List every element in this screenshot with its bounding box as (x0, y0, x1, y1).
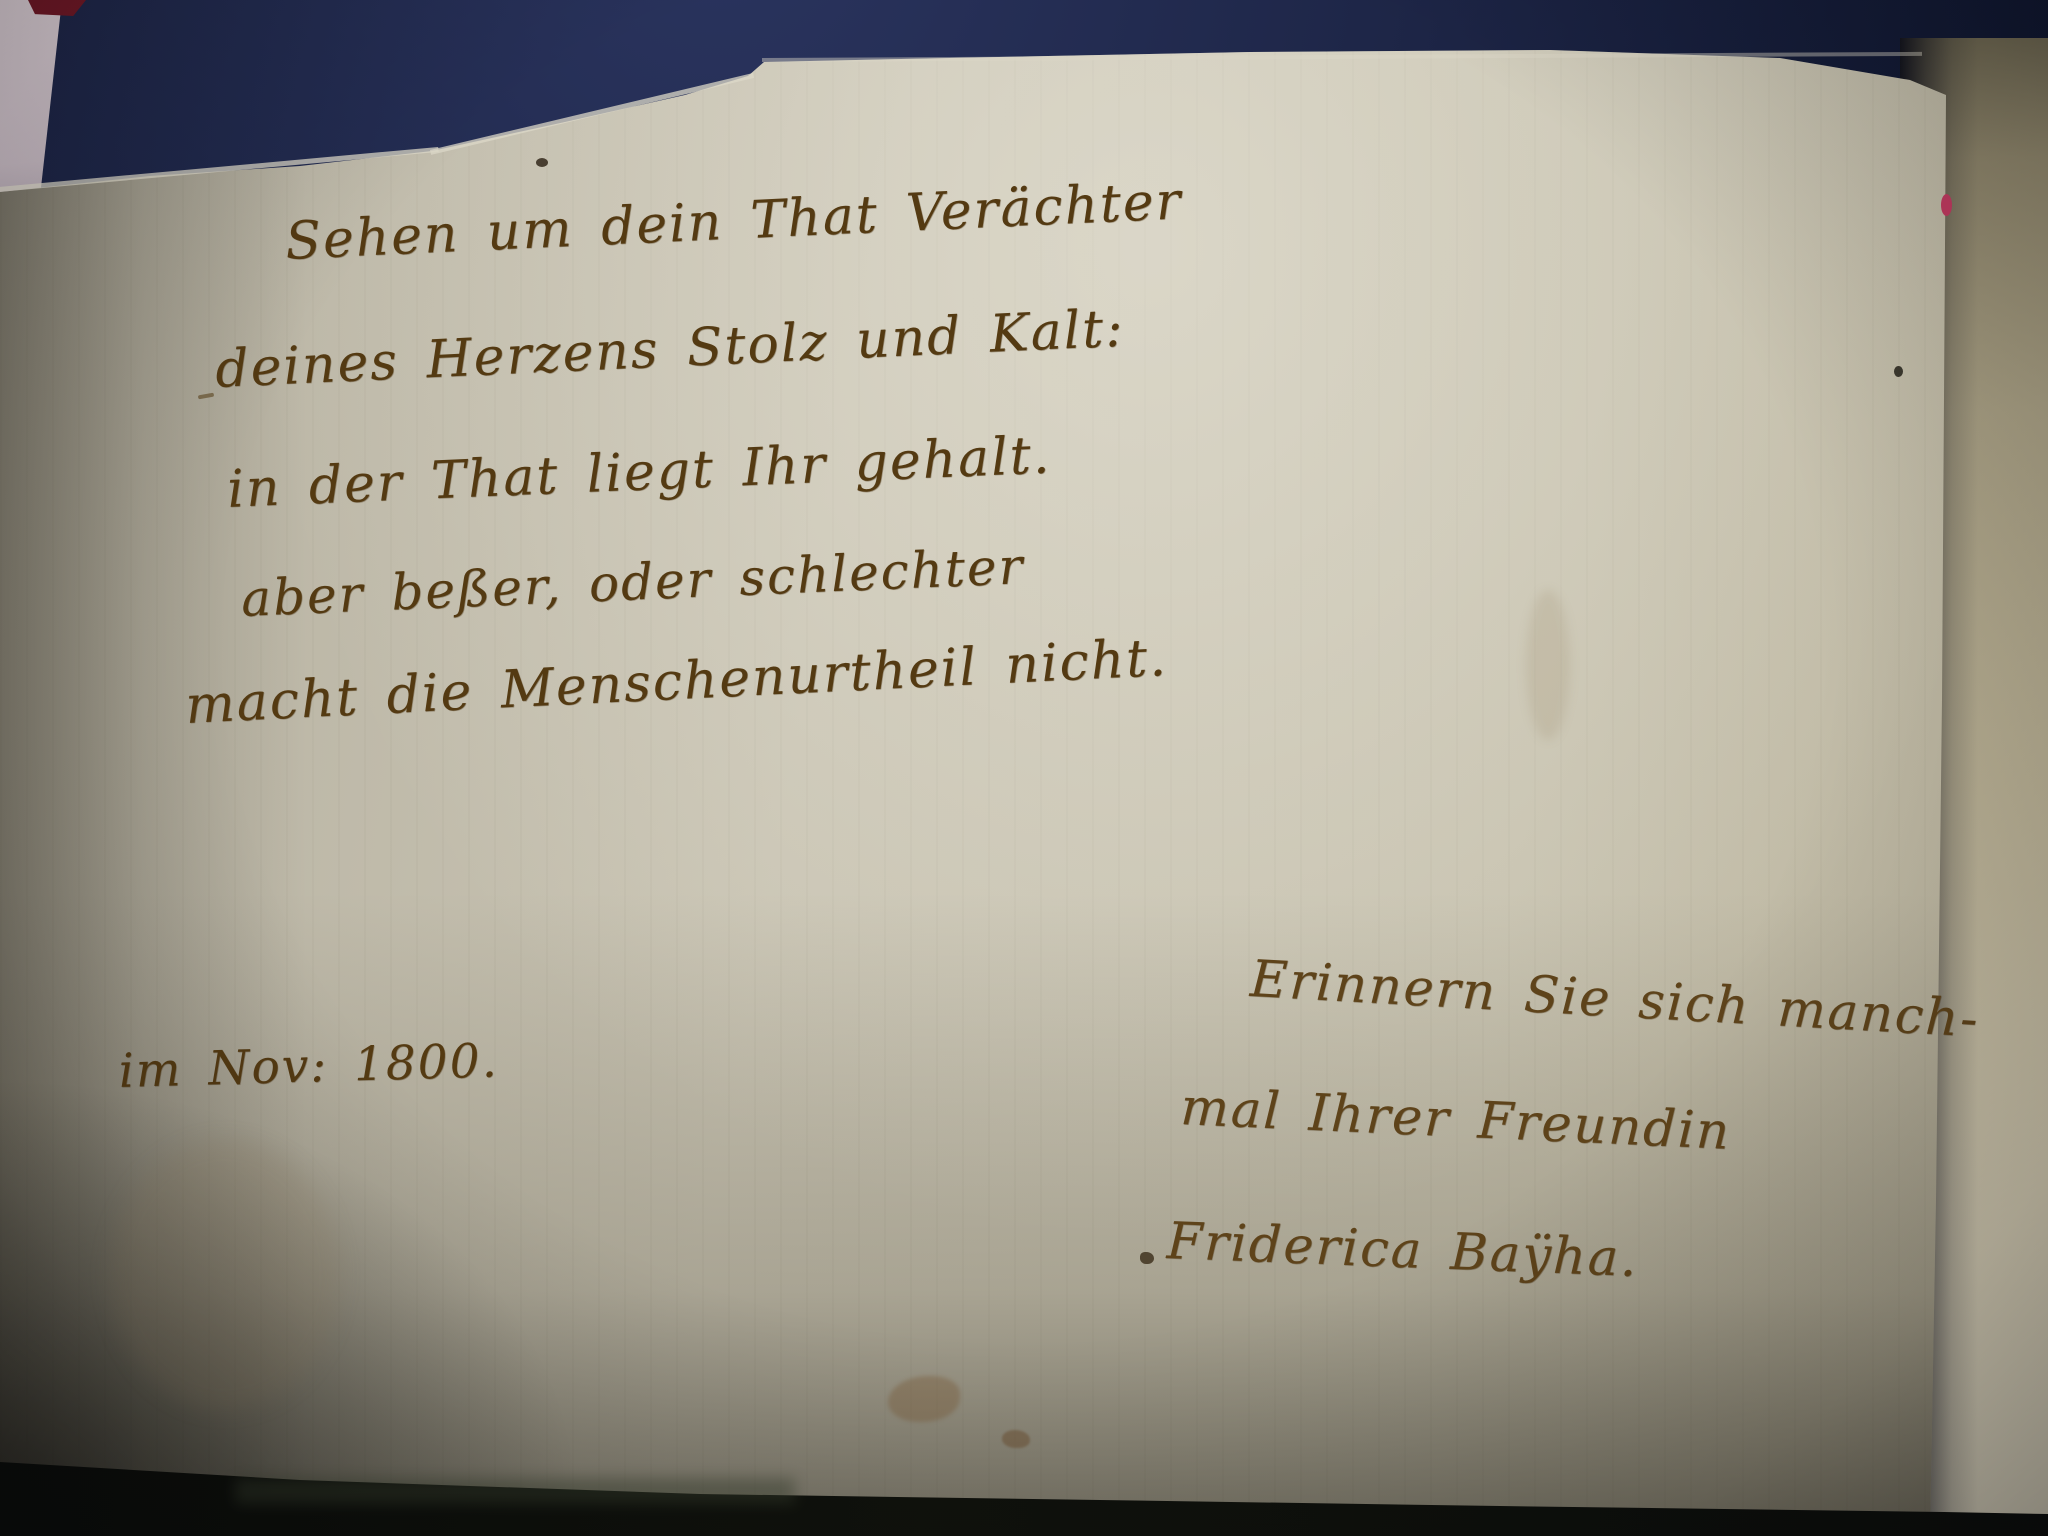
binding-red-corner (28, 0, 86, 16)
ribbon-marker (1941, 194, 1952, 216)
photo-of-album-page: Sehen um dein That Verächter deines Herz… (0, 0, 2048, 1536)
date-inscription: im Nov: 1800. (118, 1033, 499, 1099)
book-cover-highlight (235, 1478, 795, 1504)
